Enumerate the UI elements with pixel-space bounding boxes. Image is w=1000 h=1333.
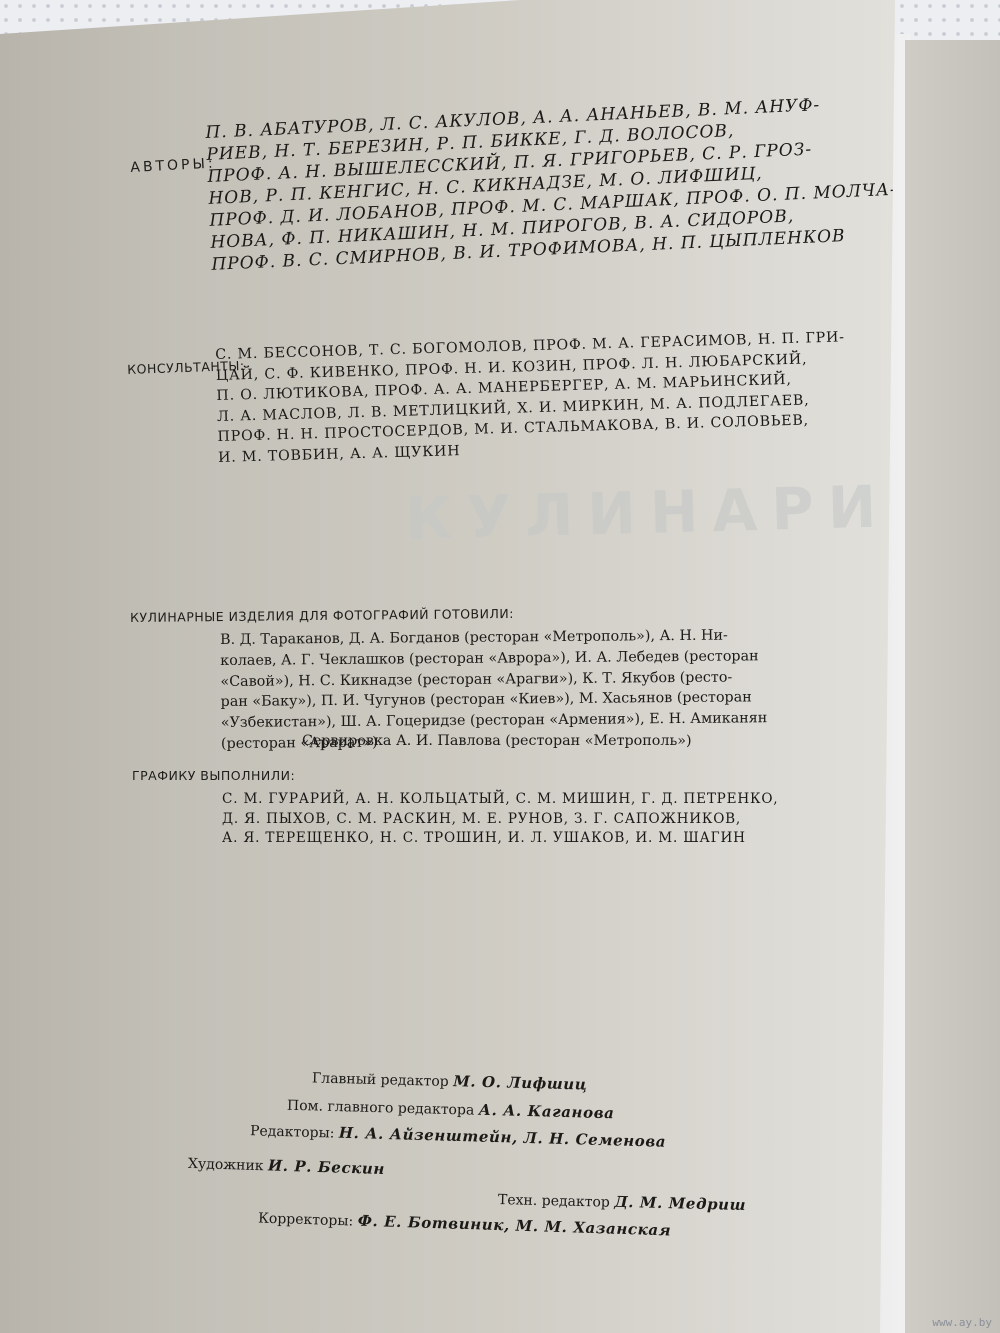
asst-editor-name: А. А. Каганова xyxy=(479,1101,615,1123)
watermark: www.ay.by xyxy=(932,1316,992,1329)
authors-heading: АВТОРЫ: xyxy=(130,156,216,176)
editors-names: Н. А. Айзенштейн, Л. Н. Семенова xyxy=(339,1124,667,1151)
proofreaders: Корректоры: Ф. Е. Ботвиник, М. М. Хазанс… xyxy=(258,1209,672,1240)
proofreaders-names: Ф. Е. Ботвиник, М. М. Хазанская xyxy=(357,1212,671,1240)
proofreaders-label: Корректоры: xyxy=(258,1211,354,1230)
show-through-title: КУЛИНАРИЯ xyxy=(404,471,950,553)
graphics-line: С. М. ГУРАРИЙ, А. Н. КОЛЬЦАТЫЙ, С. М. МИ… xyxy=(222,790,834,810)
chief-editor-label: Главный редактор xyxy=(312,1070,449,1090)
graphics-line: Д. Я. ПЫХОВ, С. М. РАСКИН, М. Е. РУНОВ, … xyxy=(222,810,834,830)
authors-list: П. В. АБАТУРОВ, Л. С. АКУЛОВ, А. А. АНАН… xyxy=(205,94,831,276)
book-page: КУЛИНАРИЯ АВТОРЫ: П. В. АБАТУРОВ, Л. С. … xyxy=(0,0,895,1333)
artist-name: И. Р. Бескин xyxy=(268,1156,386,1178)
editors: Редакторы: Н. А. Айзенштейн, Л. Н. Семен… xyxy=(250,1121,667,1151)
artist: Художник И. Р. Бескин xyxy=(188,1154,385,1178)
consultants-list: С. М. БЕССОНОВ, Т. С. БОГОМОЛОВ, проф. М… xyxy=(215,328,833,468)
graphics-line: А. Я. ТЕРЕЩЕНКО, Н. С. ТРОШИН, И. Л. УША… xyxy=(222,829,834,849)
serving-credit: Сервировка А. И. Павлова (ресторан «Метр… xyxy=(302,731,692,752)
asst-editor: Пом. главного редактора А. А. Каганова xyxy=(287,1096,615,1123)
underlying-page xyxy=(905,40,1000,1333)
chief-editor-name: М. О. Лифшиц xyxy=(453,1072,588,1094)
chief-editor: Главный редактор М. О. Лифшиц xyxy=(312,1068,588,1093)
tech-editor: Техн. редактор Д. М. Медриш xyxy=(498,1190,747,1214)
graphics-list: С. М. ГУРАРИЙ, А. Н. КОЛЬЦАТЫЙ, С. М. МИ… xyxy=(222,790,834,849)
tech-editor-name: Д. М. Медриш xyxy=(614,1193,746,1214)
culinary-heading: КУЛИНАРНЫЕ ИЗДЕЛИЯ ДЛЯ ФОТОГРАФИЙ ГОТОВИ… xyxy=(130,606,514,625)
graphics-heading: ГРАФИКУ ВЫПОЛНИЛИ: xyxy=(132,768,295,783)
artist-label: Художник xyxy=(188,1156,264,1174)
editors-label: Редакторы: xyxy=(250,1123,335,1141)
asst-editor-label: Пом. главного редактора xyxy=(287,1098,475,1119)
tech-editor-label: Техн. редактор xyxy=(498,1192,610,1211)
